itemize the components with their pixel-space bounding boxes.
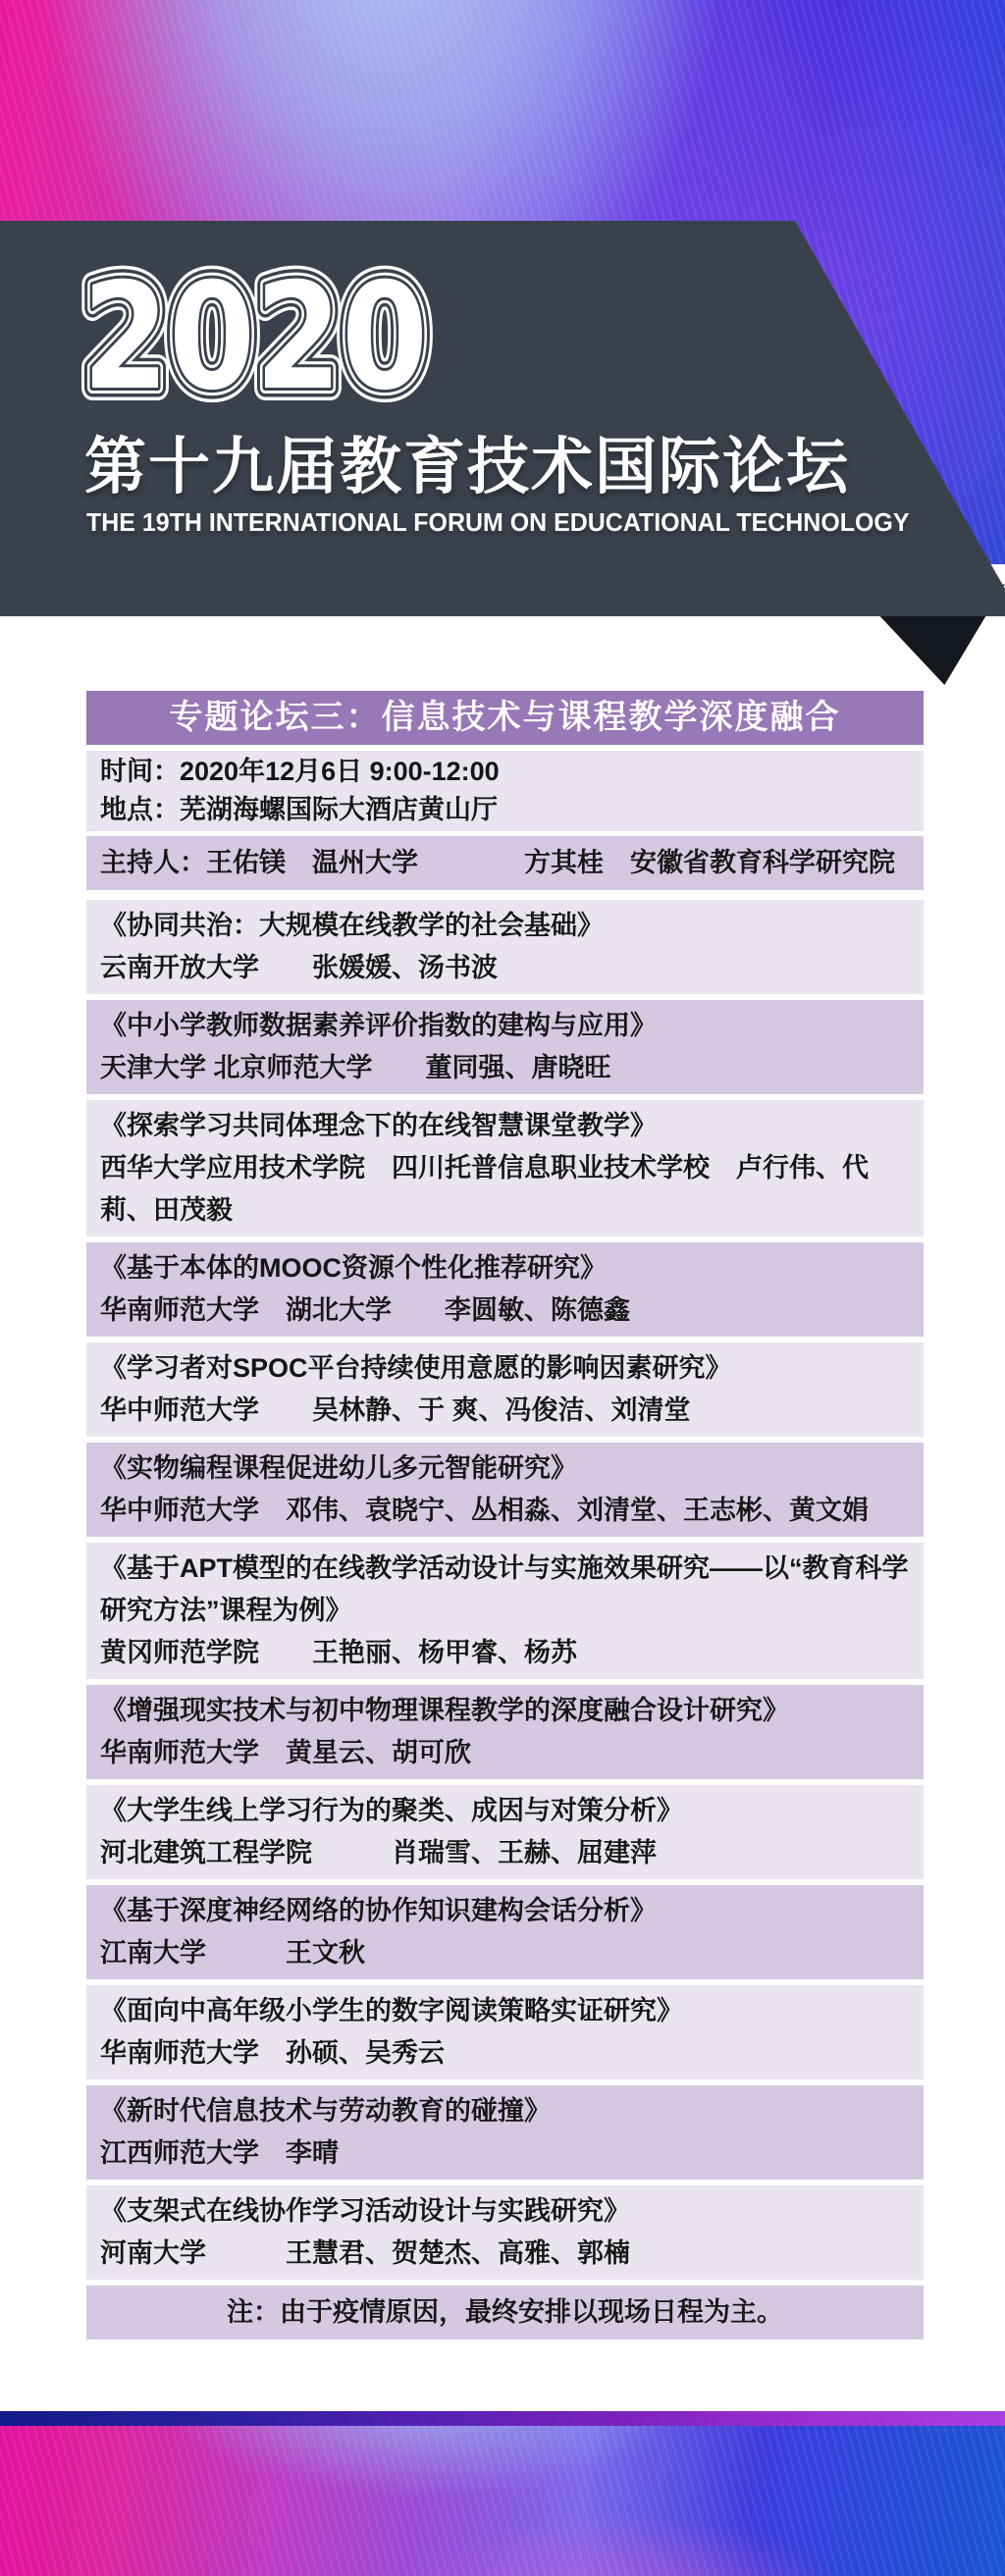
paper-row: 《基于深度神经网络的协作知识建构会话分析》 江南大学 王文秋: [86, 1885, 924, 1979]
forum-title-english: THE 19TH INTERNATIONAL FORUM ON EDUCATIO…: [86, 507, 972, 538]
time-location-row: 时间：2020年12月6日 9:00-12:00 地点：芜湖海螺国际大酒店黄山厅: [86, 751, 924, 831]
paper-byline: 华中师范大学 邓伟、袁晓宁、丛相淼、刘清堂、王志彬、黄文娟: [100, 1490, 910, 1532]
paper-title: 《中小学教师数据素养评价指数的建构与应用》: [100, 1005, 910, 1047]
paper-title: 《探索学习共同体理念下的在线智慧课堂教学》: [100, 1105, 910, 1147]
paper-byline: 江西师范大学 李晴: [100, 2132, 910, 2175]
paper-byline: 华南师范大学 湖北大学 李圆敏、陈德鑫: [100, 1289, 910, 1332]
paper-title: 《大学生线上学习行为的聚类、成因与对策分析》: [100, 1790, 910, 1832]
paper-title: 《支架式在线协作学习活动设计与实践研究》: [100, 2190, 910, 2233]
location-text: 地点：芜湖海螺国际大酒店黄山厅: [100, 791, 910, 829]
paper-row: 《协同共治：大规模在线教学的社会基础》 云南开放大学 张媛媛、汤书波: [86, 900, 924, 994]
paper-row: 《基于本体的MOOC资源个性化推荐研究》 华南师范大学 湖北大学 李圆敏、陈德鑫: [86, 1242, 924, 1337]
paper-title: 《基于本体的MOOC资源个性化推荐研究》: [100, 1247, 910, 1289]
paper-list: 《协同共治：大规模在线教学的社会基础》 云南开放大学 张媛媛、汤书波 《中小学教…: [86, 900, 924, 2280]
paper-title: 《新时代信息技术与劳动教育的碰撞》: [100, 2090, 910, 2132]
paper-byline: 西华大学应用技术学院 四川托普信息职业技术学校 卢行伟、代莉、田茂毅: [100, 1147, 910, 1232]
paper-title: 《增强现实技术与初中物理课程教学的深度融合设计研究》: [100, 1690, 910, 1732]
paper-title: 《实物编程课程促进幼儿多元智能研究》: [100, 1447, 910, 1490]
paper-byline: 天津大学 北京师范大学 董同强、唐晓旺: [100, 1047, 910, 1089]
paper-row: 《实物编程课程促进幼儿多元智能研究》 华中师范大学 邓伟、袁晓宁、丛相淼、刘清堂…: [86, 1443, 924, 1537]
paper-row: 《支架式在线协作学习活动设计与实践研究》 河南大学 王慧君、贺楚杰、高雅、郭楠: [86, 2185, 924, 2280]
gradient-divider-bar: [0, 2411, 1005, 2426]
paper-byline: 华中师范大学 吴林静、于 爽、冯俊洁、刘清堂: [100, 1390, 910, 1432]
paper-row: 《探索学习共同体理念下的在线智慧课堂教学》 西华大学应用技术学院 四川托普信息职…: [86, 1100, 924, 1236]
paper-row: 《面向中高年级小学生的数字阅读策略实证研究》 华南师范大学 孙硕、吴秀云: [86, 1985, 924, 2079]
paper-byline: 河北建筑工程学院 肖瑞雪、王赫、屈建萍: [100, 1832, 910, 1874]
paper-title: 《学习者对SPOC平台持续使用意愿的影响因素研究》: [100, 1347, 910, 1390]
paper-row: 《学习者对SPOC平台持续使用意愿的影响因素研究》 华中师范大学 吴林静、于 爽…: [86, 1342, 924, 1437]
bottom-abstract-art: [0, 2426, 1005, 2576]
paper-title: 《协同共治：大规模在线教学的社会基础》: [100, 905, 910, 947]
paper-row: 《大学生线上学习行为的聚类、成因与对策分析》 河北建筑工程学院 肖瑞雪、王赫、屈…: [86, 1785, 924, 1879]
schedule-table: 专题论坛三：信息技术与课程教学深度融合 时间：2020年12月6日 9:00-1…: [0, 616, 1005, 2339]
host-row: 主持人：王佑镁 温州大学 方其桂 安徽省教育科学研究院: [86, 836, 924, 890]
session-header-band: 专题论坛三：信息技术与课程教学深度融合: [86, 691, 924, 745]
paper-row: 《增强现实技术与初中物理课程教学的深度融合设计研究》 华南师范大学 黄星云、胡可…: [86, 1685, 924, 1779]
paper-byline: 云南开放大学 张媛媛、汤书波: [100, 947, 910, 989]
paper-row: 《新时代信息技术与劳动教育的碰撞》 江西师范大学 李晴: [86, 2085, 924, 2180]
paper-title: 《基于深度神经网络的协作知识建构会话分析》: [100, 1890, 910, 1932]
forum-poster: 2020 2020 2020 2020 2020 第十九届教育技术国际论坛 TH…: [0, 0, 1005, 2576]
paper-byline: 黄冈师范学院 王艳丽、杨甲睿、杨苏: [100, 1632, 910, 1674]
svg-text:2020: 2020: [82, 252, 428, 423]
paper-row: 《基于APT模型的在线教学活动设计与实施效果研究——以“教育科学研究方法”课程为…: [86, 1543, 924, 1679]
paper-title: 《面向中高年级小学生的数字阅读策略实证研究》: [100, 1990, 910, 2032]
paper-byline: 江南大学 王文秋: [100, 1932, 910, 1974]
paper-byline: 华南师范大学 黄星云、胡可欣: [100, 1732, 910, 1774]
note-row: 注：由于疫情原因，最终安排以现场日程为主。: [86, 2286, 924, 2339]
time-text: 时间：2020年12月6日 9:00-12:00: [100, 753, 910, 791]
paper-byline: 河南大学 王慧君、贺楚杰、高雅、郭楠: [100, 2233, 910, 2275]
forum-title-chinese: 第十九届教育技术国际论坛: [84, 417, 968, 506]
paper-title: 《基于APT模型的在线教学活动设计与实施效果研究——以“教育科学研究方法”课程为…: [100, 1548, 910, 1632]
year-2020-striped-text: 2020 2020 2020 2020 2020: [77, 250, 440, 427]
paper-byline: 华南师范大学 孙硕、吴秀云: [100, 2032, 910, 2075]
paper-row: 《中小学教师数据素养评价指数的建构与应用》 天津大学 北京师范大学 董同强、唐晓…: [86, 1000, 924, 1094]
